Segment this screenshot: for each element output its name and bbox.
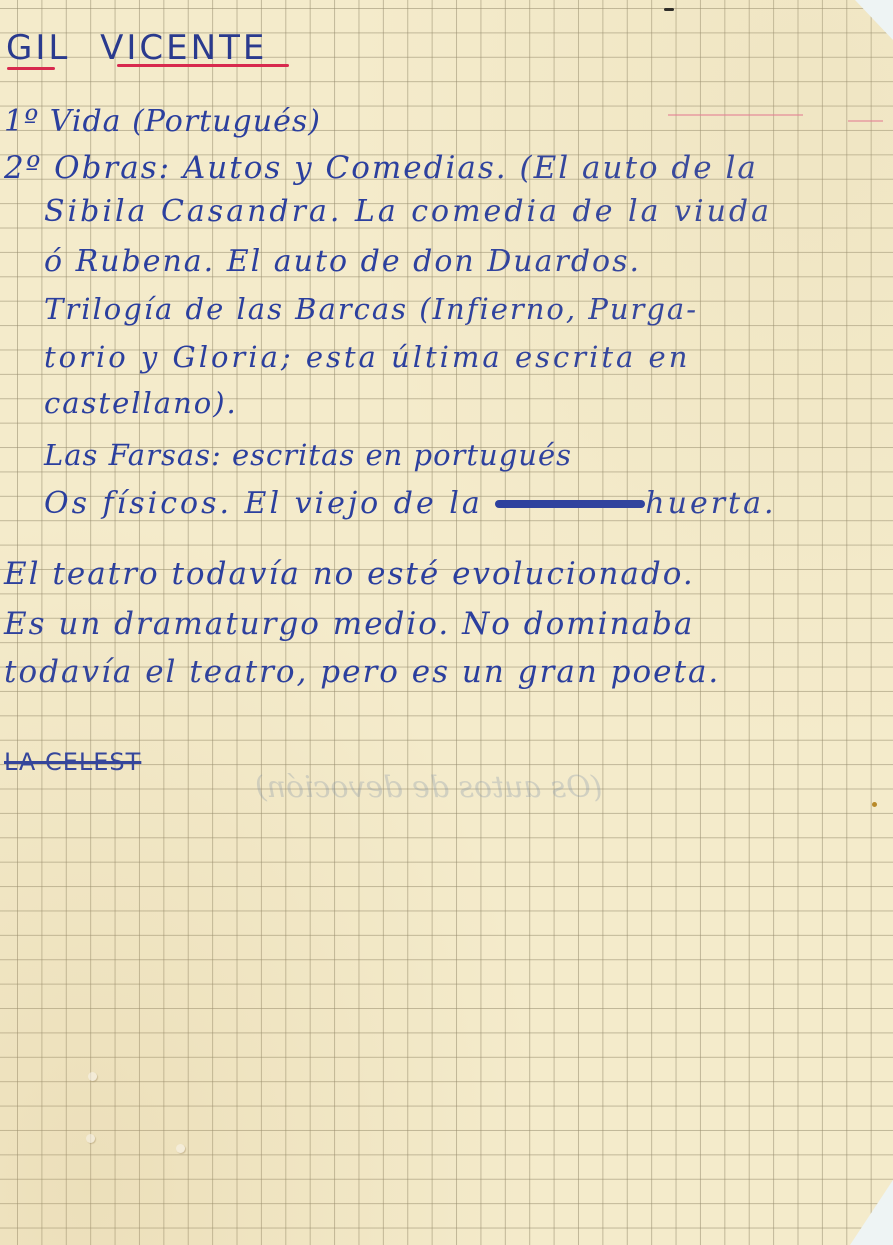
note-line-teatro: El teatro todavía no esté evolucionado. — [4, 556, 695, 592]
note-line-rubena: ó Rubena. El auto de don Duardos. — [44, 244, 641, 279]
note-title: GIL VICENTE — [6, 28, 267, 68]
title-underline-1 — [7, 67, 55, 70]
paper-sheet: (Os autos de devoción) GIL VICENTE 1º Vi… — [0, 0, 893, 1245]
note-line-vida: 1º Vida (Portugués) — [4, 104, 321, 139]
note-line-fisicos: Os físicos. El viejo de la huerta. — [44, 486, 777, 521]
scribbled-out-word — [495, 486, 645, 521]
title-underline-2 — [117, 64, 289, 67]
crossed-out-heading: LA CELEST — [4, 748, 141, 776]
note-line-dramaturgo: Es un dramaturgo medio. No dominaba — [4, 606, 694, 642]
fisicos-text: Os físicos. El viejo de la — [44, 486, 483, 521]
bleed-through-line — [848, 120, 883, 122]
huerta-text: huerta. — [645, 486, 776, 521]
note-line-poeta: todavía el teatro, pero es un gran poeta… — [4, 654, 720, 690]
bleed-through-line — [668, 114, 803, 116]
stain-dot — [872, 802, 877, 807]
note-line-torio: torio y Gloria; esta última escrita en — [44, 340, 690, 374]
bleed-through-text: (Os autos de devoción) — [255, 770, 602, 805]
note-line-farsas: Las Farsas: escritas en portugués — [44, 438, 572, 472]
note-line-obras: 2º Obras: Autos y Comedias. (El auto de … — [4, 150, 758, 186]
note-line-castellano: castellano). — [44, 386, 238, 420]
paper-dent — [88, 1072, 97, 1081]
ink-mark — [664, 8, 674, 11]
note-line-trilogia: Trilogía de las Barcas (Infierno, Purga- — [44, 292, 698, 326]
paper-dent — [176, 1144, 185, 1153]
title-word-gil: GIL — [6, 28, 70, 68]
title-word-vicente: VICENTE — [100, 28, 267, 68]
note-line-sibila: Sibila Casandra. La comedia de la viuda — [44, 194, 772, 229]
paper-dent — [86, 1134, 95, 1143]
